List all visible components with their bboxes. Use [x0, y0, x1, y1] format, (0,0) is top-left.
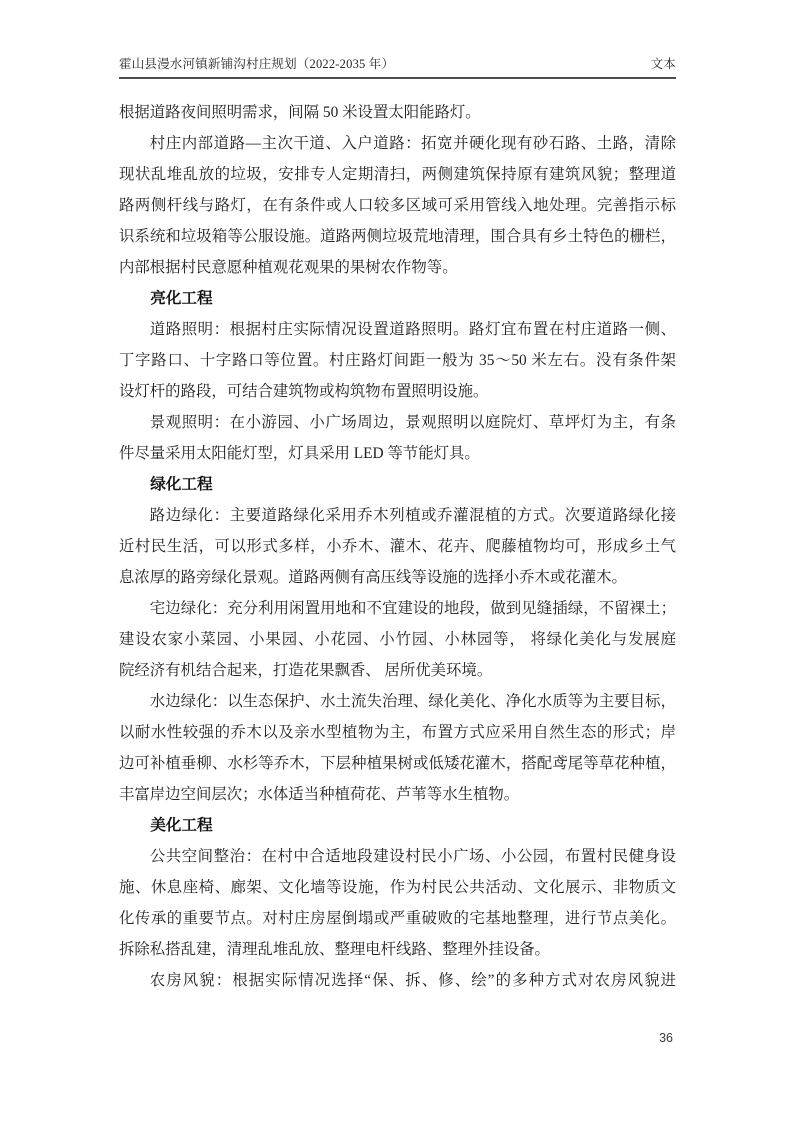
text-line: 设灯杆的路段，可结合建筑物或构筑物布置照明设施。 [119, 376, 676, 407]
header-title: 霍山县漫水河镇新铺沟村庄规划（2022-2035 年） [119, 54, 394, 72]
text-line: 公共空间整治：在村中合适地段建设村民小广场、小公园，布置村民健身设 [119, 841, 676, 872]
text-line: 根据道路夜间照明需求，间隔 50 米设置太阳能路灯。 [119, 97, 676, 128]
text-line: 息浓厚的路旁绿化景观。道路两侧有高压线等设施的选择小乔木或花灌木。 [119, 562, 676, 593]
text-line: 近村民生活，可以形式多样，小乔木、灌木、花卉、爬藤植物均可，形成乡土气 [119, 531, 676, 562]
page-number: 36 [659, 1031, 673, 1045]
text-line: 路两侧杆线与路灯，在有条件或人口较多区域可采用管线入地处理。完善指示标 [119, 190, 676, 221]
text-line: 村庄内部道路—主次干道、入户道路：拓宽并硬化现有砂石路、土路，清除 [119, 128, 676, 159]
text-line: 丁字路口、十字路口等位置。村庄路灯间距一般为 35～50 米左右。没有条件架 [119, 345, 676, 376]
text-line: 景观照明：在小游园、小广场周边，景观照明以庭院灯、草坪灯为主，有条 [119, 407, 676, 438]
text-line: 院经济有机结合起来，打造花果飘香、 居所优美环境。 [119, 655, 676, 686]
text-line: 识系统和垃圾箱等公服设施。道路两侧垃圾荒地清理，围合具有乡土特色的栅栏， [119, 221, 676, 252]
text-line: 水边绿化：以生态保护、水土流失治理、绿化美化、净化水质等为主要目标， [119, 686, 676, 717]
text-line: 建设农家小菜园、小果园、小花园、小竹园、小林园等， 将绿化美化与发展庭 [119, 624, 676, 655]
text-line: 道路照明：根据村庄实际情况设置道路照明。路灯宜布置在村庄道路一侧、 [119, 314, 676, 345]
text-line: 施、休息座椅、廊架、文化墙等设施，作为村民公共活动、文化展示、非物质文 [119, 872, 676, 903]
page-header: 霍山县漫水河镇新铺沟村庄规划（2022-2035 年） 文本 [119, 54, 676, 79]
text-line: 宅边绿化：充分利用闲置用地和不宜建设的地段，做到见缝插绿，不留裸土； [119, 593, 676, 624]
text-line: 件尽量采用太阳能灯型，灯具采用 LED 等节能灯具。 [119, 438, 676, 469]
text-line: 农房风貌：根据实际情况选择“保、拆、修、绘”的多种方式对农房风貌进 [119, 965, 676, 996]
document-body: 根据道路夜间照明需求，间隔 50 米设置太阳能路灯。村庄内部道路—主次干道、入户… [119, 97, 676, 996]
header-rule [119, 77, 676, 79]
text-line: 拆除私搭乱建，清理乱堆乱放、整理电杆线路、整理外挂设备。 [119, 934, 676, 965]
text-line: 化传承的重要节点。对村庄房屋倒塌或严重破败的宅基地整理，进行节点美化。 [119, 903, 676, 934]
text-line: 边可补植垂柳、水杉等乔木，下层种植果树或低矮花灌木，搭配鸢尾等草花种植， [119, 748, 676, 779]
section-heading: 绿化工程 [119, 469, 676, 500]
text-line: 丰富岸边空间层次；水体适当种植荷花、芦苇等水生植物。 [119, 779, 676, 810]
text-line: 现状乱堆乱放的垃圾，安排专人定期清扫，两侧建筑保持原有建筑风貌；整理道 [119, 159, 676, 190]
text-line: 以耐水性较强的乔木以及亲水型植物为主，布置方式应采用自然生态的形式；岸 [119, 717, 676, 748]
section-heading: 亮化工程 [119, 283, 676, 314]
document-page: 霍山县漫水河镇新铺沟村庄规划（2022-2035 年） 文本 根据道路夜间照明需… [0, 0, 794, 1122]
text-line: 内部根据村民意愿种植观花观果的果树农作物等。 [119, 252, 676, 283]
header-doc-type-label: 文本 [651, 54, 676, 72]
text-line: 路边绿化：主要道路绿化采用乔木列植或乔灌混植的方式。次要道路绿化接 [119, 500, 676, 531]
section-heading: 美化工程 [119, 810, 676, 841]
